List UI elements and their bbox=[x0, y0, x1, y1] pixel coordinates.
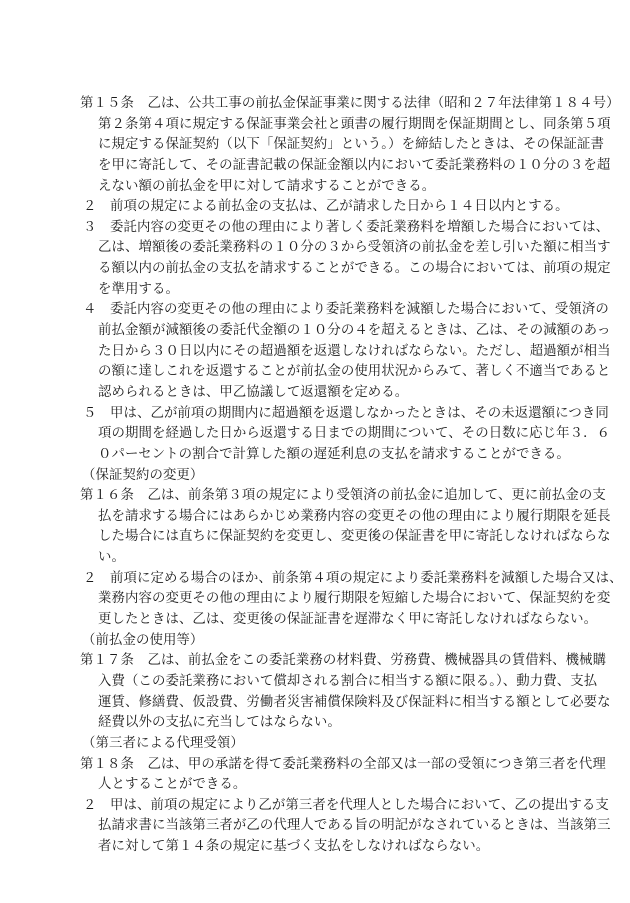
paragraph-first-line: ５ 甲は、乙が前項の期間内に超過額を返還しなかったときは、その未返還額につき同 bbox=[80, 404, 554, 425]
paragraph-first-line: ２ 前項に定める場合のほか、前条第４項の規定により委託業務料を減額した場合又は、 bbox=[80, 569, 554, 590]
continuation-line: に規定する保証契約（以下「保証契約」という。）を締結したときは、その保証証書 bbox=[80, 135, 554, 156]
continuation-line: ０パーセントの割合で計算した額の遅延利息の支払を請求することができる。 bbox=[80, 445, 554, 466]
article-first-line: 第１６条 乙は、前条第３項の規定により受領済の前払金に追加して、更に前払金の支 bbox=[80, 486, 554, 507]
paragraph-first-line: ４ 委託内容の変更その他の理由により委託業務料を減額した場合において、受領済の bbox=[80, 300, 554, 321]
continuation-line: 業務内容の変更その他の理由により履行期限を短縮した場合において、保証契約を変 bbox=[80, 589, 554, 610]
section-heading: （第三者による代理受領） bbox=[80, 734, 554, 755]
article-first-line: 第１７条 乙は、前払金をこの委託業務の材料費、労務費、機械器具の賃借料、機械購 bbox=[80, 651, 554, 672]
continuation-line: 払を請求する場合にはあらかじめ業務内容の変更その他の理由により履行期限を延長 bbox=[80, 507, 554, 528]
document-page: 第１５条 乙は、公共工事の前払金保証事業に関する法律（昭和２７年法律第１８４号）… bbox=[0, 0, 630, 903]
continuation-line: の額に達しこれを返還することが前払金の使用状況からみて、著しく不適当であると bbox=[80, 362, 554, 383]
continuation-line: 更したときは、乙は、変更後の保証証書を遅滞なく甲に寄託しなければならない。 bbox=[80, 610, 554, 631]
paragraph-first-line: ２ 甲は、前項の規定により乙が第三者を代理人とした場合において、乙の提出する支 bbox=[80, 796, 554, 817]
continuation-line: 経費以外の支払に充当してはならない。 bbox=[80, 713, 554, 734]
continuation-line: 前払金額が減額後の委託代金額の１０分の４を超えるときは、乙は、その減額のあっ bbox=[80, 321, 554, 342]
continuation-line: 払請求書に当該第三者が乙の代理人である旨の明記がなされているときは、当該第三 bbox=[80, 816, 554, 837]
continuation-line: 第２条第４項に規定する保証事業会社と頭書の履行期間を保証期間とし、同条第５項 bbox=[80, 115, 554, 136]
continuation-line: 者に対して第１４条の規定に基づく支払をしなければならない。 bbox=[80, 837, 554, 858]
article-first-line: 第１８条 乙は、甲の承諾を得て委託業務料の全部又は一部の受領につき第三者を代理 bbox=[80, 755, 554, 776]
paragraph-first-line: ２ 前項の規定による前払金の支払は、乙が請求した日から１４日以内とする。 bbox=[80, 197, 554, 218]
continuation-line: を準用する。 bbox=[80, 280, 554, 301]
continuation-line: えない額の前払金を甲に対して請求することができる。 bbox=[80, 177, 554, 198]
section-heading: （前払金の使用等） bbox=[80, 631, 554, 652]
continuation-line: 運賃、修繕費、仮設費、労働者災害補償保険料及び保証料に相当する額として必要な bbox=[80, 693, 554, 714]
continuation-line: 人とすることができる。 bbox=[80, 775, 554, 796]
continuation-line: る額以内の前払金の支払を請求することができる。この場合においては、前項の規定 bbox=[80, 259, 554, 280]
contract-text-body: 第１５条 乙は、公共工事の前払金保証事業に関する法律（昭和２７年法律第１８４号）… bbox=[80, 94, 554, 858]
continuation-line: 認められるときは、甲乙協議して返還額を定める。 bbox=[80, 383, 554, 404]
article-first-line: 第１５条 乙は、公共工事の前払金保証事業に関する法律（昭和２７年法律第１８４号） bbox=[80, 94, 554, 115]
continuation-line: 項の期間を経過した日から返還する日までの期間について、その日数に応じ年３．６ bbox=[80, 424, 554, 445]
continuation-line: た日から３０日以内にその超過額を返還しなければならない。ただし、超過額が相当 bbox=[80, 342, 554, 363]
continuation-line: 入費（この委託業務において償却される割合に相当する額に限る。）、動力費、支払 bbox=[80, 672, 554, 693]
continuation-line: した場合には直ちに保証契約を変更し、変更後の保証書を甲に寄託しなければならな bbox=[80, 527, 554, 548]
continuation-line: を甲に寄託して、その証書記載の保証金額以内において委託業務料の１０分の３を超 bbox=[80, 156, 554, 177]
continuation-line: 乙は、増額後の委託業務料の１０分の３から受領済の前払金を差し引いた額に相当す bbox=[80, 238, 554, 259]
continuation-line: い。 bbox=[80, 548, 554, 569]
section-heading: （保証契約の変更） bbox=[80, 466, 554, 487]
paragraph-first-line: ３ 委託内容の変更その他の理由により著しく委託業務料を増額した場合においては、 bbox=[80, 218, 554, 239]
